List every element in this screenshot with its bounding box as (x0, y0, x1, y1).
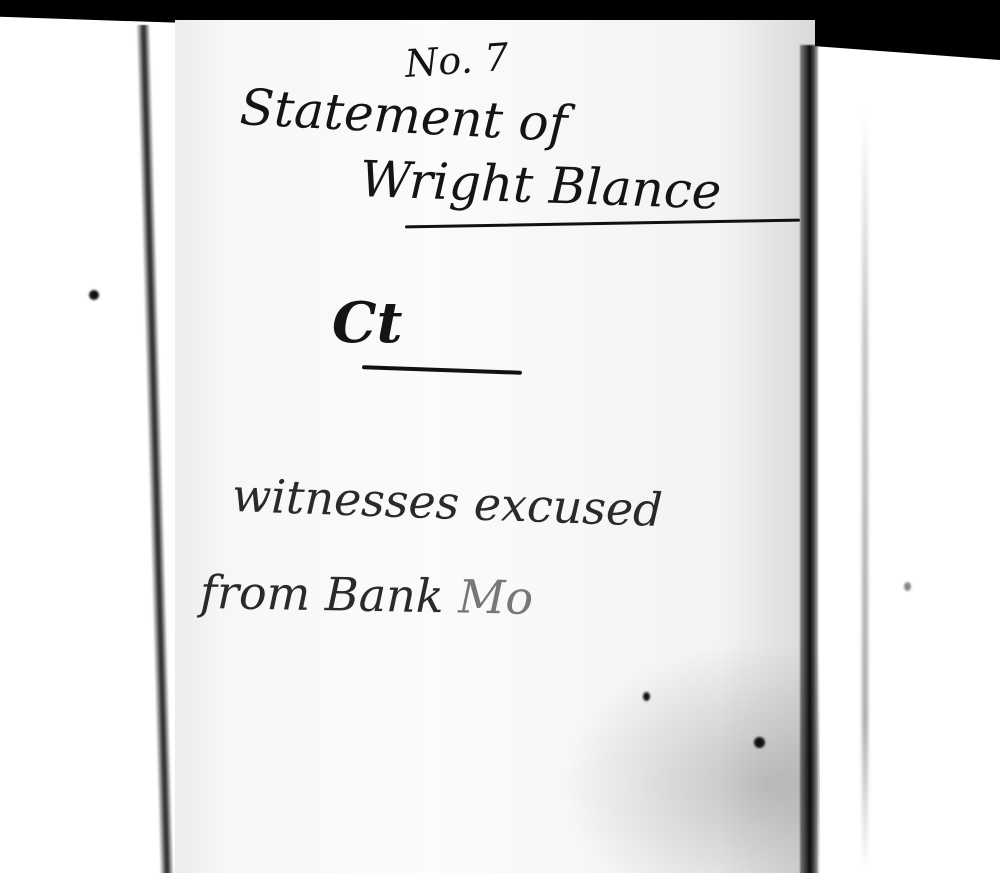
abbreviation-mark: Ct (332, 290, 402, 356)
paper-shadow (560, 640, 820, 873)
ink-spot (643, 692, 650, 701)
docket-number: No. 7 (403, 35, 510, 86)
note-line-2-main: from Bank (200, 565, 445, 623)
ink-spot (89, 290, 99, 300)
note-line-2-faded: Mo (458, 570, 534, 625)
note-line-2: from Bank Mo (200, 565, 534, 625)
faint-fold-line (862, 110, 868, 870)
ink-spot (904, 582, 911, 591)
left-fold-line (136, 25, 174, 873)
right-fold-line (800, 45, 818, 873)
ink-spot (754, 737, 765, 748)
